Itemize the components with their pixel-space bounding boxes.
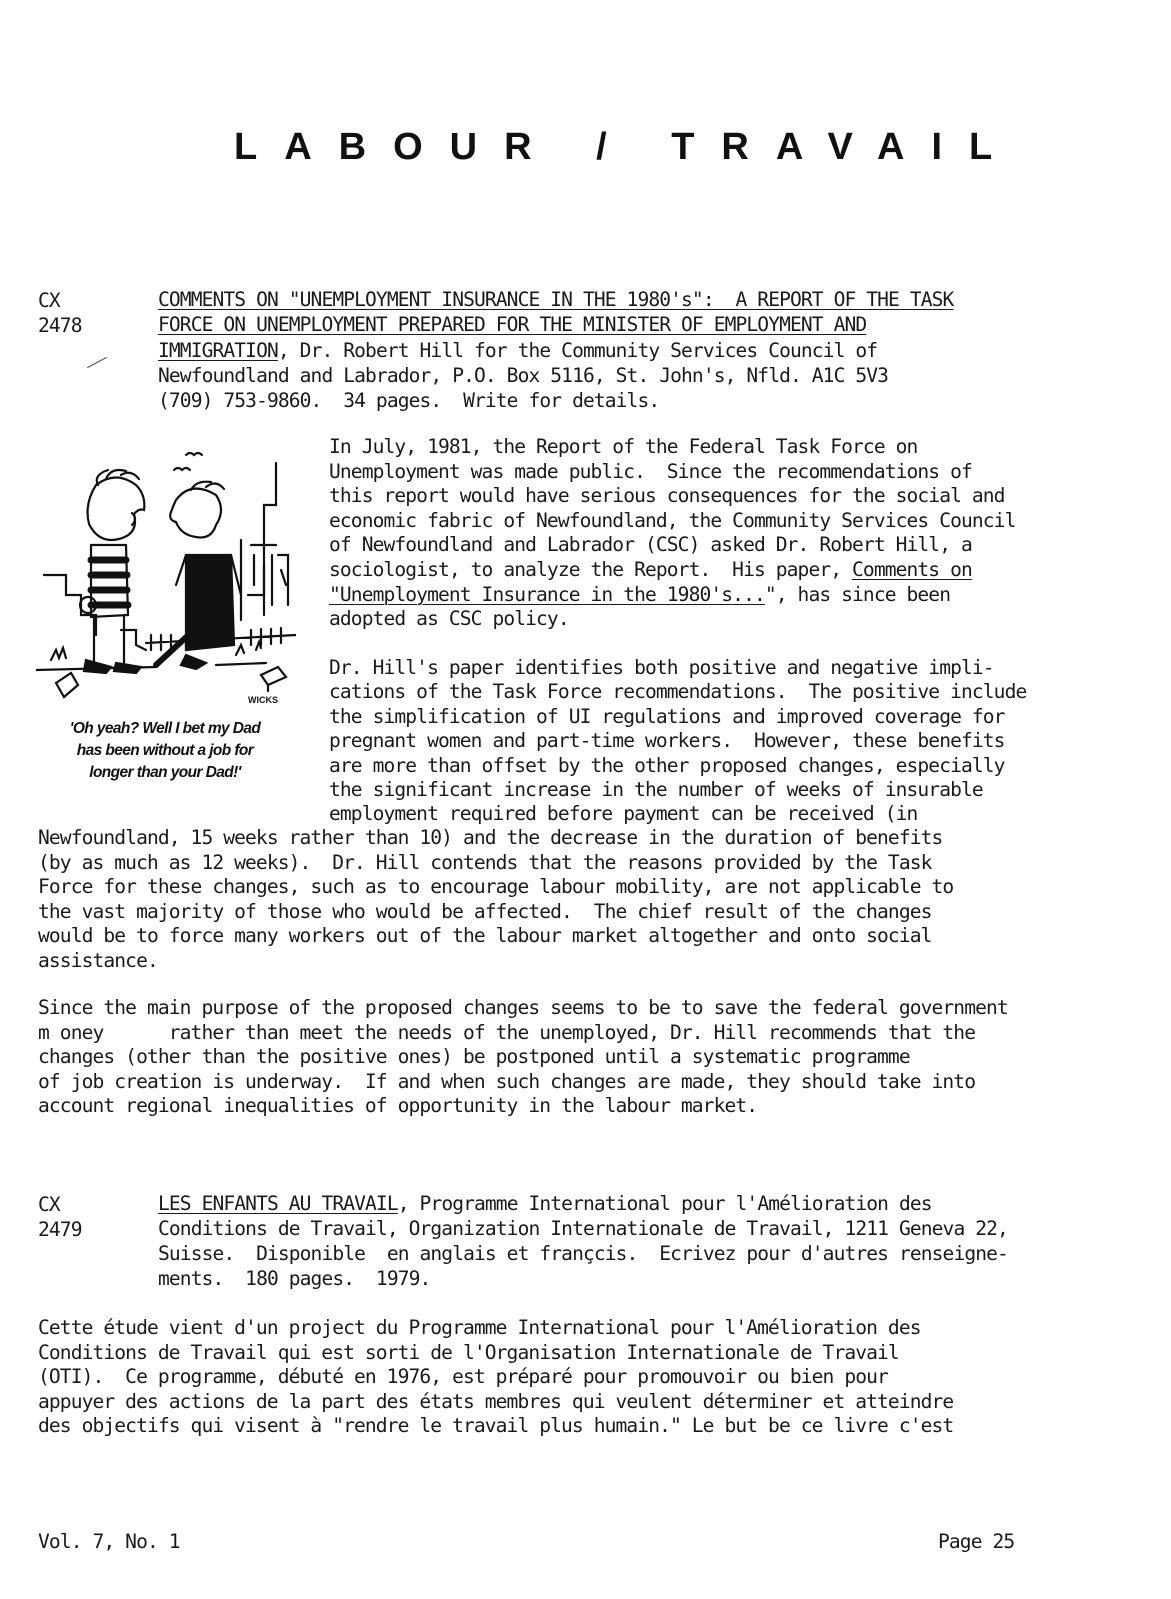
citation-line: FORCE ON UNEMPLOYMENT PREPARED FOR THE M… [158, 313, 866, 337]
cartoon-illustration: WICKS [36, 445, 296, 715]
text-run: ", has since been [765, 583, 950, 606]
text-line: are more than offset by the other propos… [329, 754, 1005, 778]
caption-line: has been without a job for [30, 740, 300, 762]
underlined-title: FORCE ON UNEMPLOYMENT PREPARED FOR THE M… [158, 313, 866, 336]
cx-number: 2479 [38, 1217, 82, 1242]
text-line: economic fabric of Newfoundland, the Com… [329, 509, 1015, 533]
cartoon-signature: WICKS [248, 695, 278, 705]
text-line: Conditions de Travail qui est sorti de l… [38, 1341, 899, 1365]
caption-line: longer than your Dad!' [30, 762, 300, 784]
text-line: this report would have serious consequen… [329, 484, 1005, 508]
text-line: m oney rather than meet the needs of the… [38, 1021, 975, 1045]
citation-line: Conditions de Travail, Organization Inte… [158, 1217, 1008, 1241]
page-number: Page 25 [938, 1530, 1014, 1553]
underlined-title: "Unemployment Insurance in the 1980's... [329, 583, 765, 606]
text-line: of Newfoundland and Labrador (CSC) asked… [329, 533, 972, 557]
citation-line: (709) 753-9860. 34 pages. Write for deta… [158, 389, 659, 413]
underlined-title: COMMENTS ON "UNEMPLOYMENT INSURANCE IN T… [158, 288, 953, 311]
underlined-title: IMMIGRATION [158, 339, 278, 362]
text-line: Dr. Hill's paper identifies both positiv… [329, 656, 994, 680]
cartoon-caption: 'Oh yeah? Well I bet my Dad has been wit… [30, 718, 300, 784]
text-line: Cette étude vient d'un project du Progra… [38, 1316, 921, 1340]
text-run: Conditions de Travail, Organization Inte… [158, 1217, 1008, 1240]
text-line: appuyer des actions de la part des états… [38, 1390, 953, 1414]
text-run: Unemployment was made public. Since the … [329, 460, 972, 483]
text-run: Newfoundland and Labrador, P.O. Box 5116… [158, 364, 888, 387]
cx-label: CX [38, 288, 60, 313]
text-line: employment required before payment can b… [329, 802, 917, 826]
text-line: des objectifs qui visent à "rendre le tr… [38, 1414, 953, 1438]
text-run: of Newfoundland and Labrador (CSC) asked… [329, 533, 972, 556]
page-title: LABOUR / TRAVAIL [234, 126, 934, 169]
text-run: , Programme International pour l'Amélior… [398, 1192, 932, 1215]
text-run: this report would have serious consequen… [329, 484, 1005, 507]
text-run: ments. 180 pages. 1979. [158, 1267, 430, 1290]
cx-label: CX [38, 1192, 60, 1217]
cx-number: 2478 [38, 313, 82, 338]
text-line: the simplification of UI regulations and… [329, 705, 1005, 729]
text-line: account regional inequalities of opportu… [38, 1094, 757, 1118]
text-line: pregnant women and part-time workers. Ho… [329, 729, 1005, 753]
text-line: Since the main purpose of the proposed c… [38, 996, 1008, 1020]
volume-number: Vol. 7, No. 1 [38, 1530, 180, 1553]
text-line: of job creation is underway. If and when… [38, 1070, 975, 1094]
text-run: adopted as CSC policy. [329, 607, 569, 630]
citation-line: Newfoundland and Labrador, P.O. Box 5116… [158, 364, 888, 388]
text-line: Newfoundland, 15 weeks rather than 10) a… [38, 826, 942, 850]
text-line: would be to force many workers out of th… [38, 924, 932, 948]
citation-line: ments. 180 pages. 1979. [158, 1267, 430, 1291]
text-line: (OTI). Ce programme, débuté en 1976, est… [38, 1365, 888, 1389]
text-line: assistance. [38, 949, 158, 973]
text-line: Unemployment was made public. Since the … [329, 460, 972, 484]
text-line: In July, 1981, the Report of the Federal… [329, 435, 917, 459]
text-line: Force for these changes, such as to enco… [38, 875, 953, 899]
text-line: adopted as CSC policy. [329, 607, 569, 631]
text-line: "Unemployment Insurance in the 1980's...… [329, 583, 950, 607]
caption-line: 'Oh yeah? Well I bet my Dad [30, 718, 300, 740]
citation-line: Suisse. Disponible en anglais et françci… [158, 1242, 1008, 1266]
text-line: changes (other than the positive ones) b… [38, 1045, 910, 1069]
text-run: , Dr. Robert Hill for the Community Serv… [278, 339, 877, 362]
underlined-title: LES ENFANTS AU TRAVAIL [158, 1192, 398, 1215]
text-run: economic fabric of Newfoundland, the Com… [329, 509, 1015, 532]
citation-line: LES ENFANTS AU TRAVAIL, Programme Intern… [158, 1192, 932, 1216]
text-line: the significant increase in the number o… [329, 778, 983, 802]
text-run: (709) 753-9860. 34 pages. Write for deta… [158, 389, 659, 412]
text-run: sociologist, to analyze the Report. His … [329, 558, 852, 581]
citation-line: IMMIGRATION, Dr. Robert Hill for the Com… [158, 339, 877, 363]
text-line: sociologist, to analyze the Report. His … [329, 558, 972, 582]
citation-line: COMMENTS ON "UNEMPLOYMENT INSURANCE IN T… [158, 288, 953, 312]
text-line: (by as much as 12 weeks). Dr. Hill conte… [38, 851, 932, 875]
text-run: In July, 1981, the Report of the Federal… [329, 435, 917, 458]
text-run: Suisse. Disponible en anglais et françci… [158, 1242, 1008, 1265]
pen-mark [87, 357, 107, 368]
underlined-title: Comments on [852, 558, 972, 581]
text-line: cations of the Task Force recommendation… [329, 680, 1026, 704]
text-line: the vast majority of those who would be … [38, 900, 932, 924]
